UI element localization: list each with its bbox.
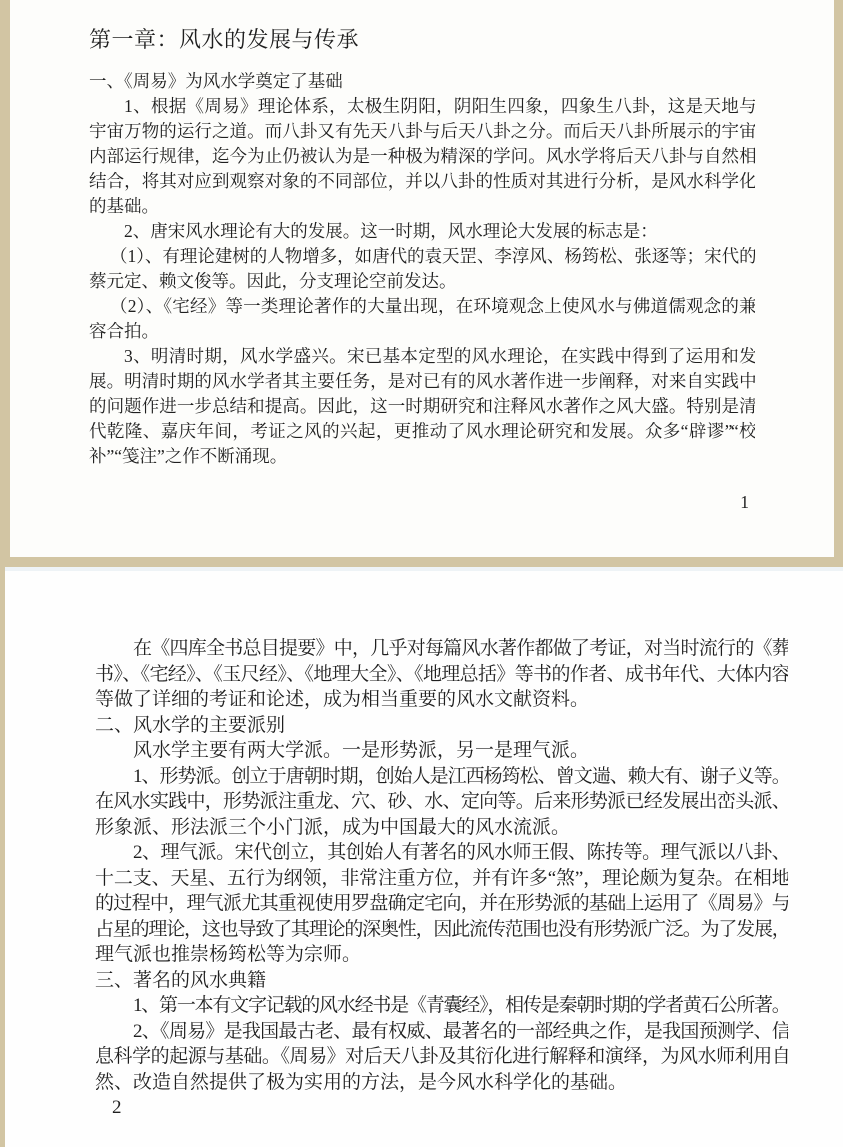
text-line: 1、根据《周易》理论体系，太极生阴阳，阴阳生四象，四象生八卦，这是天地与 — [89, 94, 755, 119]
text-line: 在风水实践中，形势派注重龙、穴、砂、水、定向等。后来形势派已经发展出峦头派、 — [95, 789, 788, 815]
text-line: 的基础。 — [89, 194, 755, 219]
text-line: （2）、《宅经》等一类理论著作的大量出现，在环境观念上使风水与佛道儒观念的兼 — [89, 294, 755, 319]
text-line: 风水学主要有两大学派。一是形势派，另一是理气派。 — [95, 738, 788, 764]
section-heading: 一、《周易》为风水学奠定了基础 — [89, 69, 755, 94]
text-line: 蔡元定、赖文俊等。因此，分支理论空前发达。 — [89, 269, 755, 294]
text-line: （1）、有理论建树的人物增多，如唐代的袁天罡、李淳风、杨筠松、张逐等；宋代的 — [89, 244, 755, 269]
text-line: 的过程中，理气派尤其重视使用罗盘确定宅向，并在形势派的基础上运用了《周易》与 — [95, 891, 788, 917]
page-number: 1 — [89, 490, 755, 515]
text-line: 等做了详细的考证和论述，成为相当重要的风水文献资料。 — [95, 687, 788, 713]
text-line: 展。明清时期的风水学者其主要任务，是对已有的风水著作进一步阐释，对来自实践中 — [89, 369, 755, 394]
text-line: 形象派、形法派三个小门派，成为中国最大的风水流派。 — [95, 815, 788, 841]
text-line: 结合，将其对应到观察对象的不同部位，并以八卦的性质对其进行分析，是风水科学化 — [89, 169, 755, 194]
text-line: 息科学的起源与基础。《周易》对后天八卦及其衍化进行解释和演绎，为风水师利用自 — [95, 1044, 788, 1070]
page-2: 在《四库全书总目提要》中，几乎对每篇风水著作都做了考证，对当时流行的《葬 书》、… — [5, 567, 843, 1147]
text-line: 宇宙万物的运行之道。而八卦又有先天八卦与后天八卦之分。而后天八卦所展示的宇宙 — [89, 119, 755, 144]
text-line: 的问题作进一步总结和提高。因此，这一时期研究和注释风水著作之风大盛。特别是清 — [89, 394, 755, 419]
text-line: 补”“笺注”之作不断涌现。 — [89, 444, 755, 469]
text-line: 容合拍。 — [89, 319, 755, 344]
page-1: 第一章：风水的发展与传承 一、《周易》为风水学奠定了基础 1、根据《周易》理论体… — [10, 0, 834, 557]
text-line: 代乾隆、嘉庆年间，考证之风的兴起，更推动了风水理论研究和发展。众多“辟谬”“校 — [89, 419, 755, 444]
text-line: 1、第一本有文字记载的风水经书是《青囊经》，相传是秦朝时期的学者黄石公所著。 — [95, 993, 788, 1019]
section-heading: 三、著名的风水典籍 — [95, 968, 788, 994]
section-heading: 二、风水学的主要派别 — [95, 713, 788, 739]
text-line: 理气派也推崇杨筠松等为宗师。 — [95, 942, 788, 968]
text-line: 2、《周易》是我国最古老、最有权威、最著名的一部经典之作，是我国预测学、信 — [95, 1019, 788, 1045]
text-line: 十二支、天星、五行为纲领，非常注重方位，并有许多“煞”，理论颇为复杂。在相地 — [95, 866, 788, 892]
text-line: 2、理气派。宋代创立，其创始人有著名的风水师王假、陈抟等。理气派以八卦、 — [95, 840, 788, 866]
text-line: 书》、《宅经》、《玉尺经》、《地理大全》、《地理总括》等书的作者、成书年代、大体… — [95, 662, 788, 688]
text-line: 内部运行规律，迄今为止仍被认为是一种极为精深的学问。风水学将后天八卦与自然相 — [89, 144, 755, 169]
text-line: 3、明清时期，风水学盛兴。宋已基本定型的风水理论，在实践中得到了运用和发 — [89, 344, 755, 369]
text-line: 在《四库全书总目提要》中，几乎对每篇风水著作都做了考证，对当时流行的《葬 — [95, 636, 788, 662]
text-line: 占星的理论，这也导致了其理论的深奥性，因此流传范围也没有形势派广泛。为了发展， — [95, 917, 788, 943]
page-number: 2 — [95, 1095, 788, 1120]
text-line: 1、形势派。创立于唐朝时期，创始人是江西杨筠松、曾文遄、赖大有、谢子义等。 — [95, 764, 788, 790]
text-line: 然、改造自然提供了极为实用的方法，是今风水科学化的基础。 — [95, 1070, 788, 1096]
chapter-title: 第一章：风水的发展与传承 — [89, 26, 755, 54]
text-line: 2、唐宋风水理论有大的发展。这一时期，风水理论大发展的标志是： — [89, 219, 755, 244]
